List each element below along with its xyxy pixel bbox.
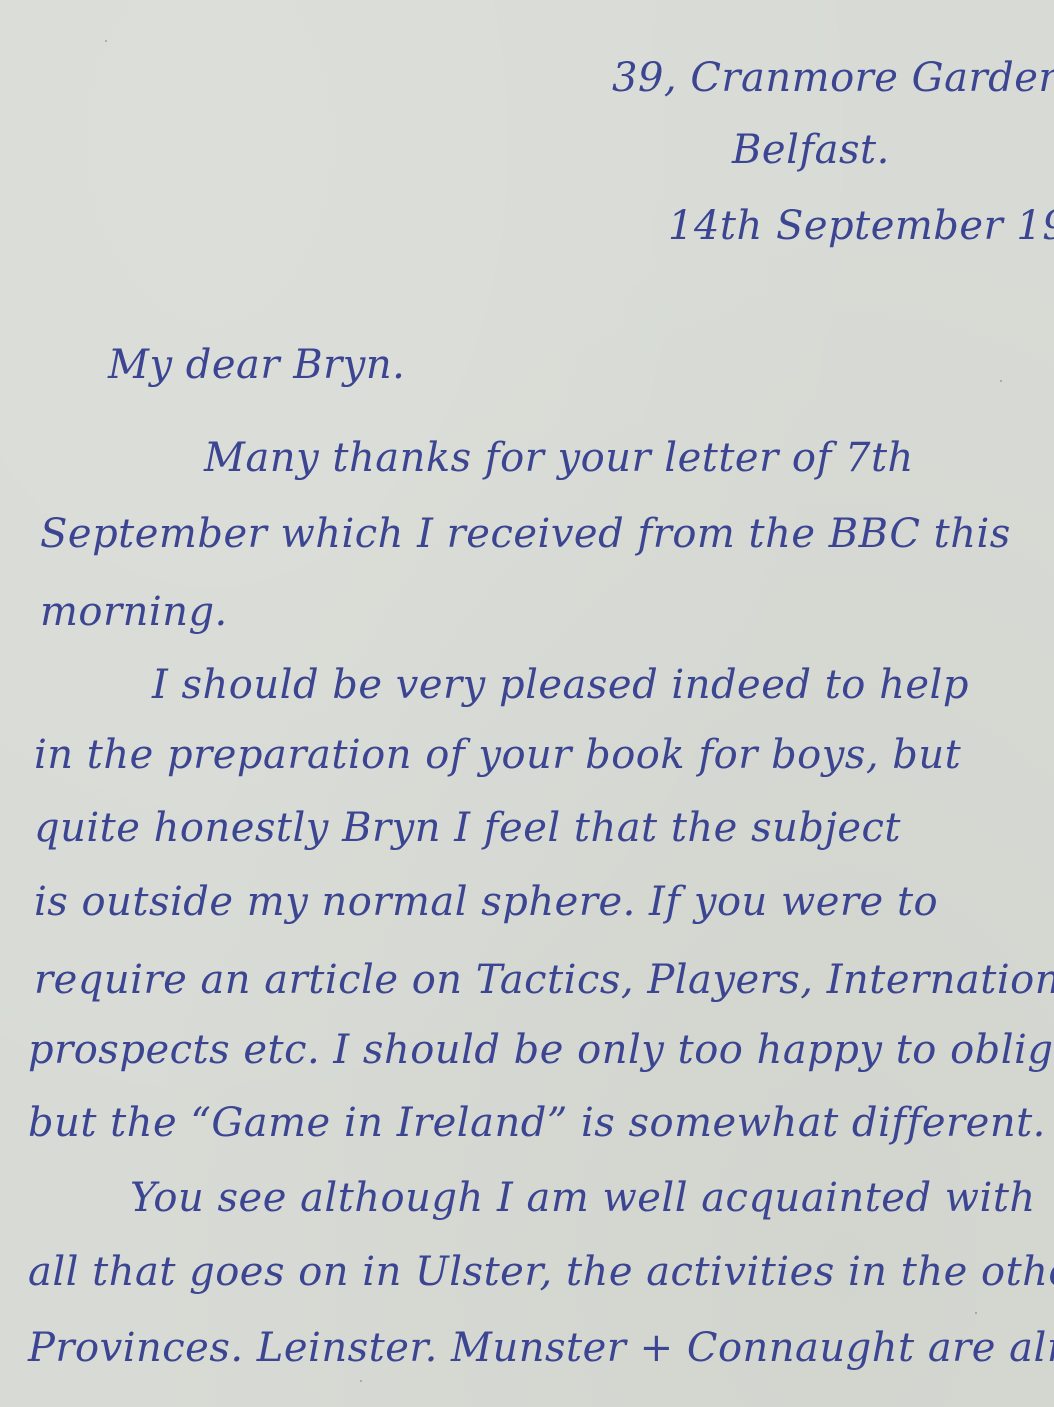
body-line: prospects etc. I should be only too happ… [28, 1030, 1054, 1070]
letter-date: 14th September 1960 [668, 206, 1054, 246]
paper-speck [975, 1312, 977, 1314]
address-line-city: Belfast. [732, 130, 890, 170]
body-line: You see although I am well acquainted wi… [130, 1178, 1036, 1218]
body-line: Provinces. Leinster. Munster + Connaught… [28, 1328, 1054, 1368]
body-line: require an article on Tactics, Players, … [34, 960, 1054, 1000]
paper-speck [105, 40, 107, 42]
body-line: but the “Game in Ireland” is somewhat di… [28, 1103, 1046, 1143]
paper-speck [1000, 380, 1002, 382]
body-line: September which I received from the BBC … [40, 514, 1011, 554]
address-line-street: 39, Cranmore Gardens [612, 58, 1054, 98]
body-line: I should be very pleased indeed to help [152, 665, 969, 705]
paper-speck [262, 460, 264, 462]
salutation: My dear Bryn. [108, 345, 405, 385]
paper-speck [360, 1380, 362, 1382]
body-line: morning. [40, 592, 228, 632]
body-line: all that goes on in Ulster, the activiti… [28, 1252, 1054, 1292]
body-line: is outside my normal sphere. If you were… [34, 882, 938, 922]
letter-page: 39, Cranmore Gardens Belfast. 14th Septe… [0, 0, 1054, 1407]
body-line: in the preparation of your book for boys… [34, 735, 961, 775]
body-line: quite honestly Bryn I feel that the subj… [34, 808, 901, 848]
body-line: Many thanks for your letter of 7th [204, 438, 914, 478]
